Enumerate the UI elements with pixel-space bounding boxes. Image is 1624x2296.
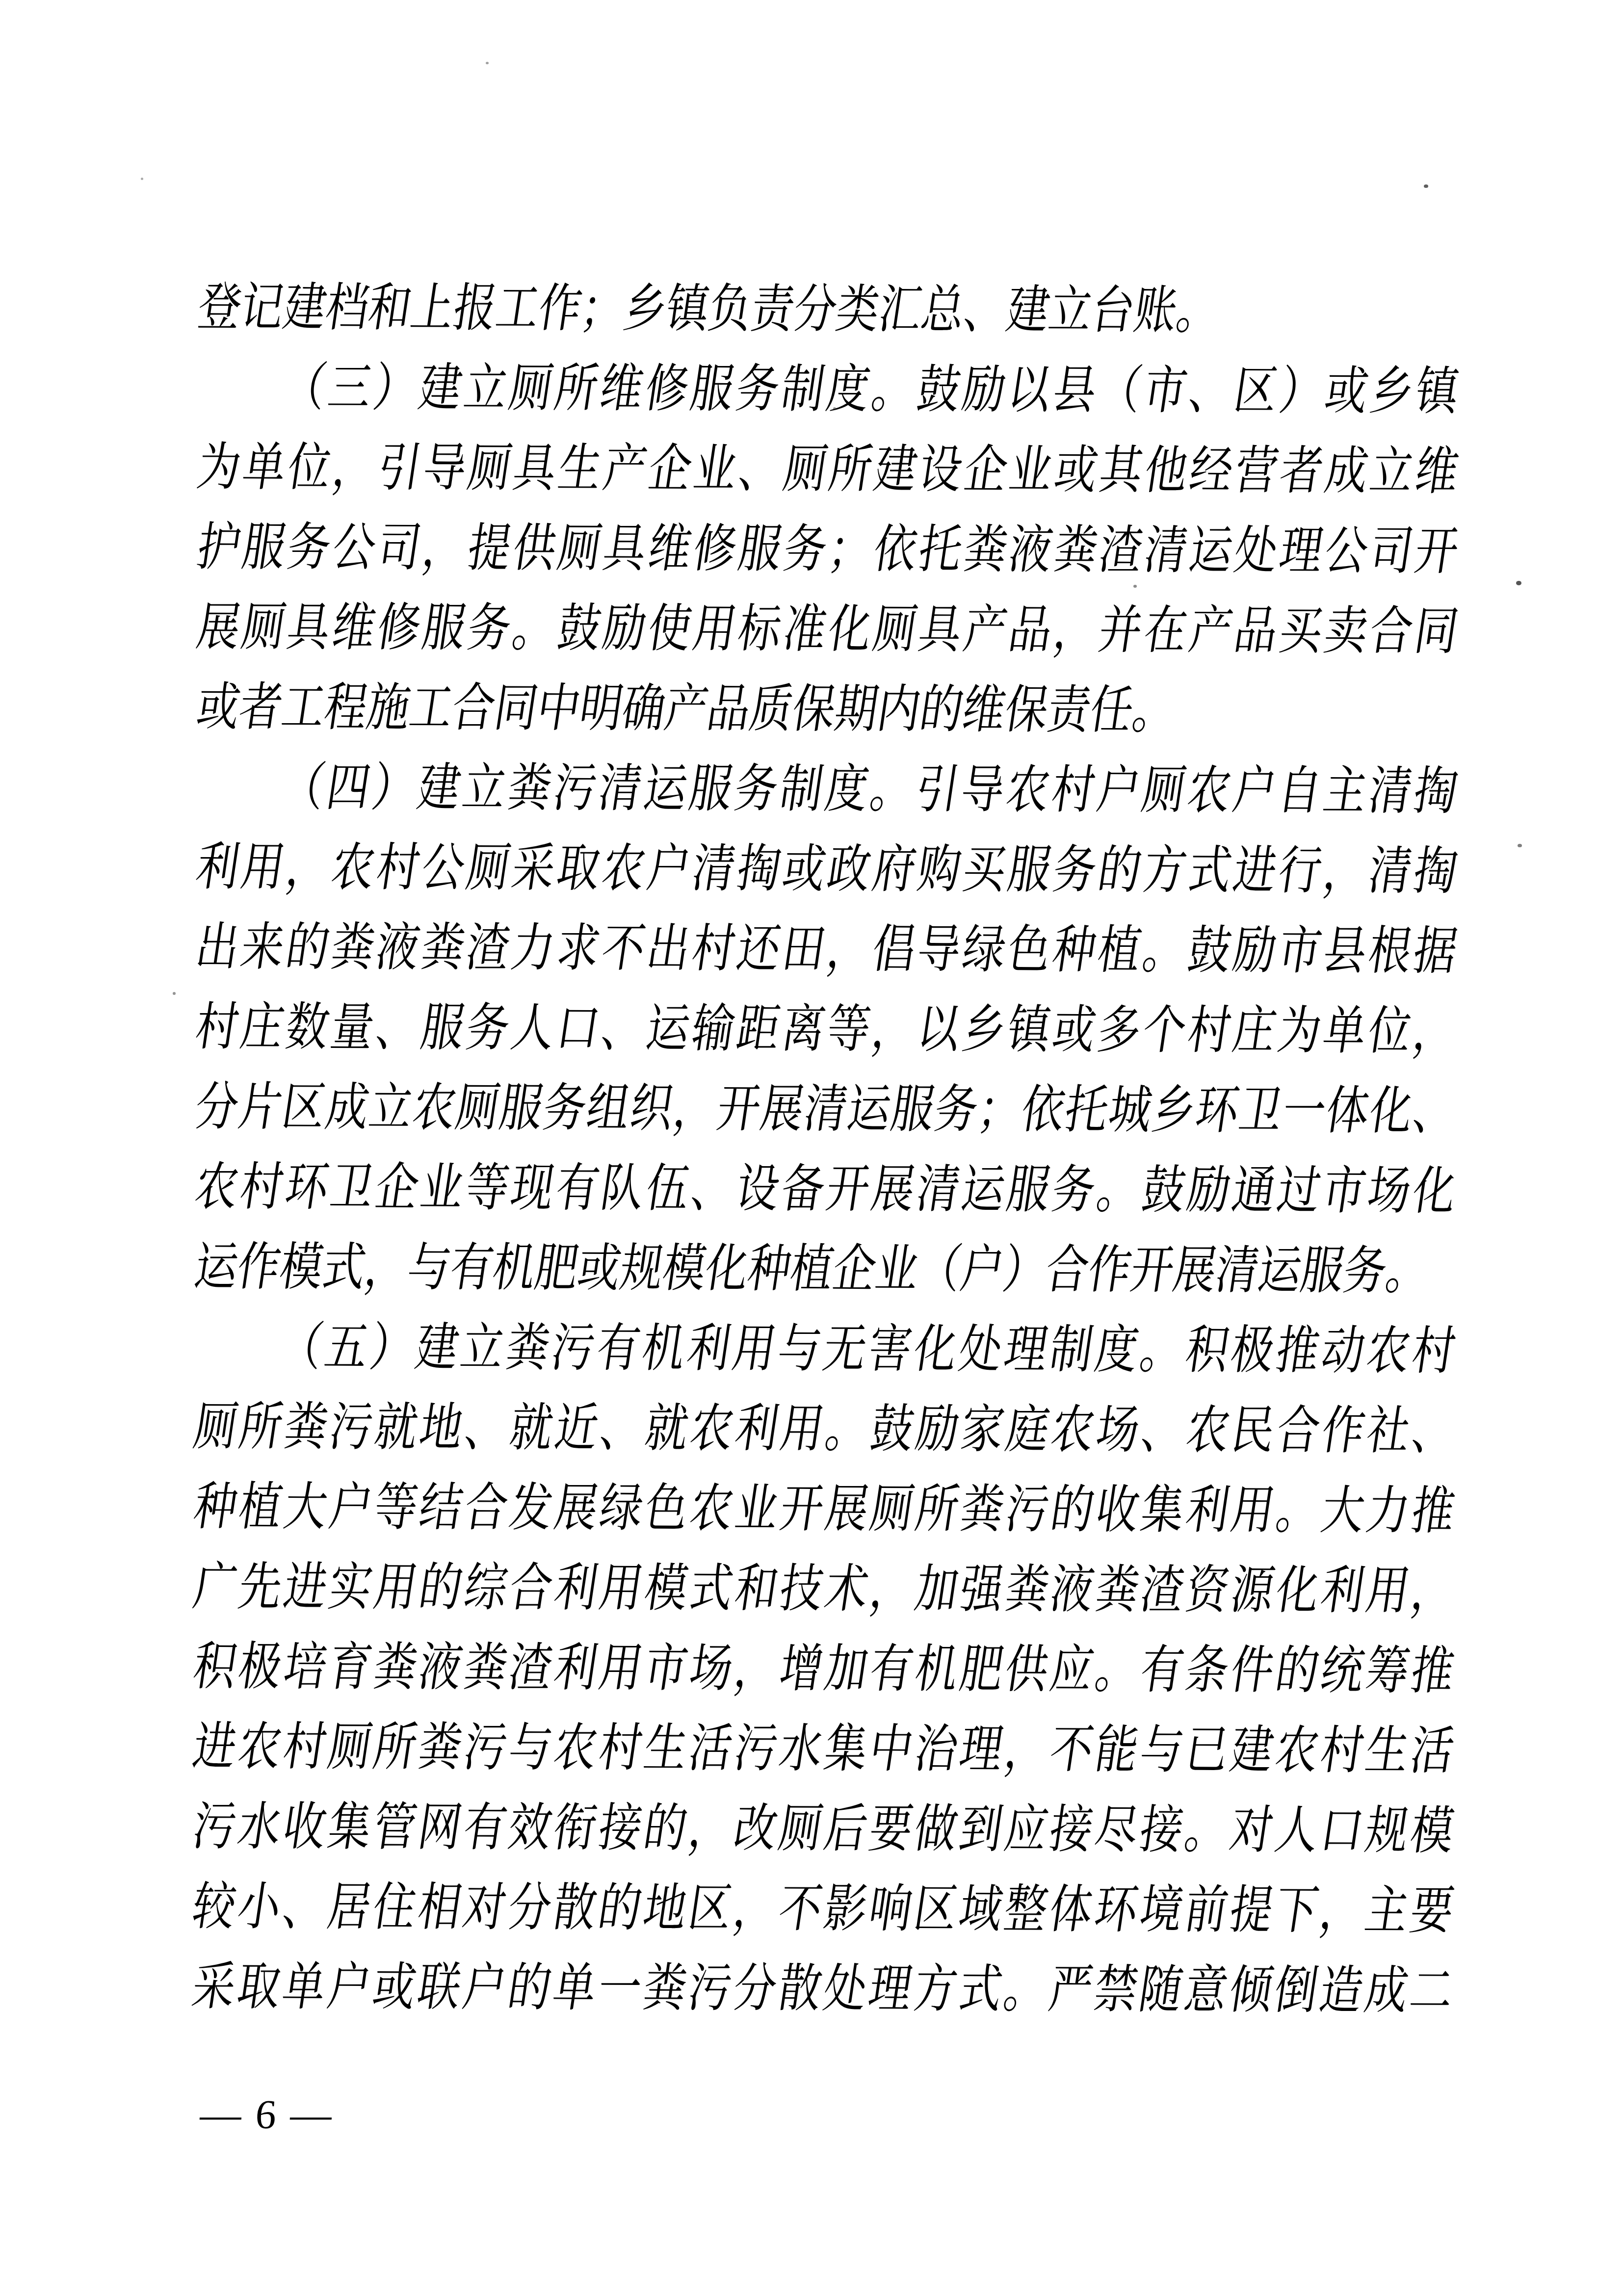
text-line: 护服务公司，提供厕具维修服务；依托粪液粪渣清运处理公司开 — [192, 507, 1464, 592]
scan-speck — [141, 178, 143, 180]
text-line: 利用，农村公厕采取农户清掏或政府购买服务的方式进行，清掏 — [191, 827, 1463, 912]
text-line: 展厕具维修服务。鼓励使用标准化厕具产品，并在产品买卖合同 — [191, 587, 1464, 672]
text-line: 为单位，引导厕具生产企业、厕所建设企业或其他经营者成立维 — [192, 427, 1465, 512]
text-line: 较小、居住相对分散的地区，不影响区域整体环境前提下，主要 — [187, 1867, 1459, 1951]
text-line: 进农村厕所粪污与农村生活污水集中治理，不能与已建农村生活 — [187, 1707, 1460, 1791]
scan-speck — [486, 62, 489, 64]
text-line: 采取单户或联户的单一粪污分散处理方式。严禁随意倾倒造成二 — [187, 1947, 1459, 2031]
text-line: （四）建立粪污清运服务制度。引导农村户厕农户自主清掏 — [191, 747, 1463, 832]
text-line: 广先进实用的综合利用模式和技术，加强粪液粪渣资源化利用， — [188, 1547, 1461, 1631]
text-line: （三）建立厕所维修服务制度。鼓励以县（市、区）或乡镇 — [192, 347, 1465, 432]
text-line: 厕所粪污就地、就近、就农利用。鼓励家庭农场、农民合作社、 — [189, 1387, 1461, 1471]
scan-speck — [1518, 844, 1522, 847]
scan-speck — [1424, 184, 1428, 188]
text-line: 种植大户等结合发展绿色农业开展厕所粪污的收集利用。大力推 — [188, 1467, 1461, 1551]
text-line: 村庄数量、服务人口、运输距离等，以乡镇或多个村庄为单位， — [190, 987, 1463, 1071]
scan-speck — [173, 992, 176, 995]
text-line: 污水收集管网有效衔接的，改厕后要做到应接尽接。对人口规模 — [187, 1787, 1460, 1871]
document-body: 登记建档和上报工作；乡镇负责分类汇总、建立台账。 （三）建立厕所维修服务制度。鼓… — [192, 267, 1459, 2031]
text-line: （五）建立粪污有机利用与无害化处理制度。积极推动农村 — [189, 1307, 1461, 1391]
text-line: 农村环卫企业等现有队伍、设备开展清运服务。鼓励通过市场化 — [189, 1147, 1462, 1231]
text-line: 运作模式，与有机肥或规模化种植企业（户）合作开展清运服务。 — [189, 1227, 1462, 1311]
text-line: 积极培育粪液粪渣利用市场，增加有机肥供应。有条件的统筹推 — [188, 1627, 1460, 1711]
text-line: 或者工程施工合同中明确产品质保期内的维保责任。 — [191, 667, 1464, 752]
document-page: 登记建档和上报工作；乡镇负责分类汇总、建立台账。 （三）建立厕所维修服务制度。鼓… — [0, 0, 1624, 2296]
text-line: 分片区成立农厕服务组织，开展清运服务；依托城乡环卫一体化、 — [190, 1067, 1462, 1151]
scan-speck — [1516, 581, 1521, 585]
scan-speck — [833, 407, 836, 410]
scan-speck — [1133, 585, 1137, 588]
page-number: — 6 — — [198, 2088, 336, 2142]
text-line: 登记建档和上报工作；乡镇负责分类汇总、建立台账。 — [193, 267, 1465, 352]
text-line: 出来的粪液粪渣力求不出村还田，倡导绿色种植。鼓励市县根据 — [190, 907, 1463, 991]
